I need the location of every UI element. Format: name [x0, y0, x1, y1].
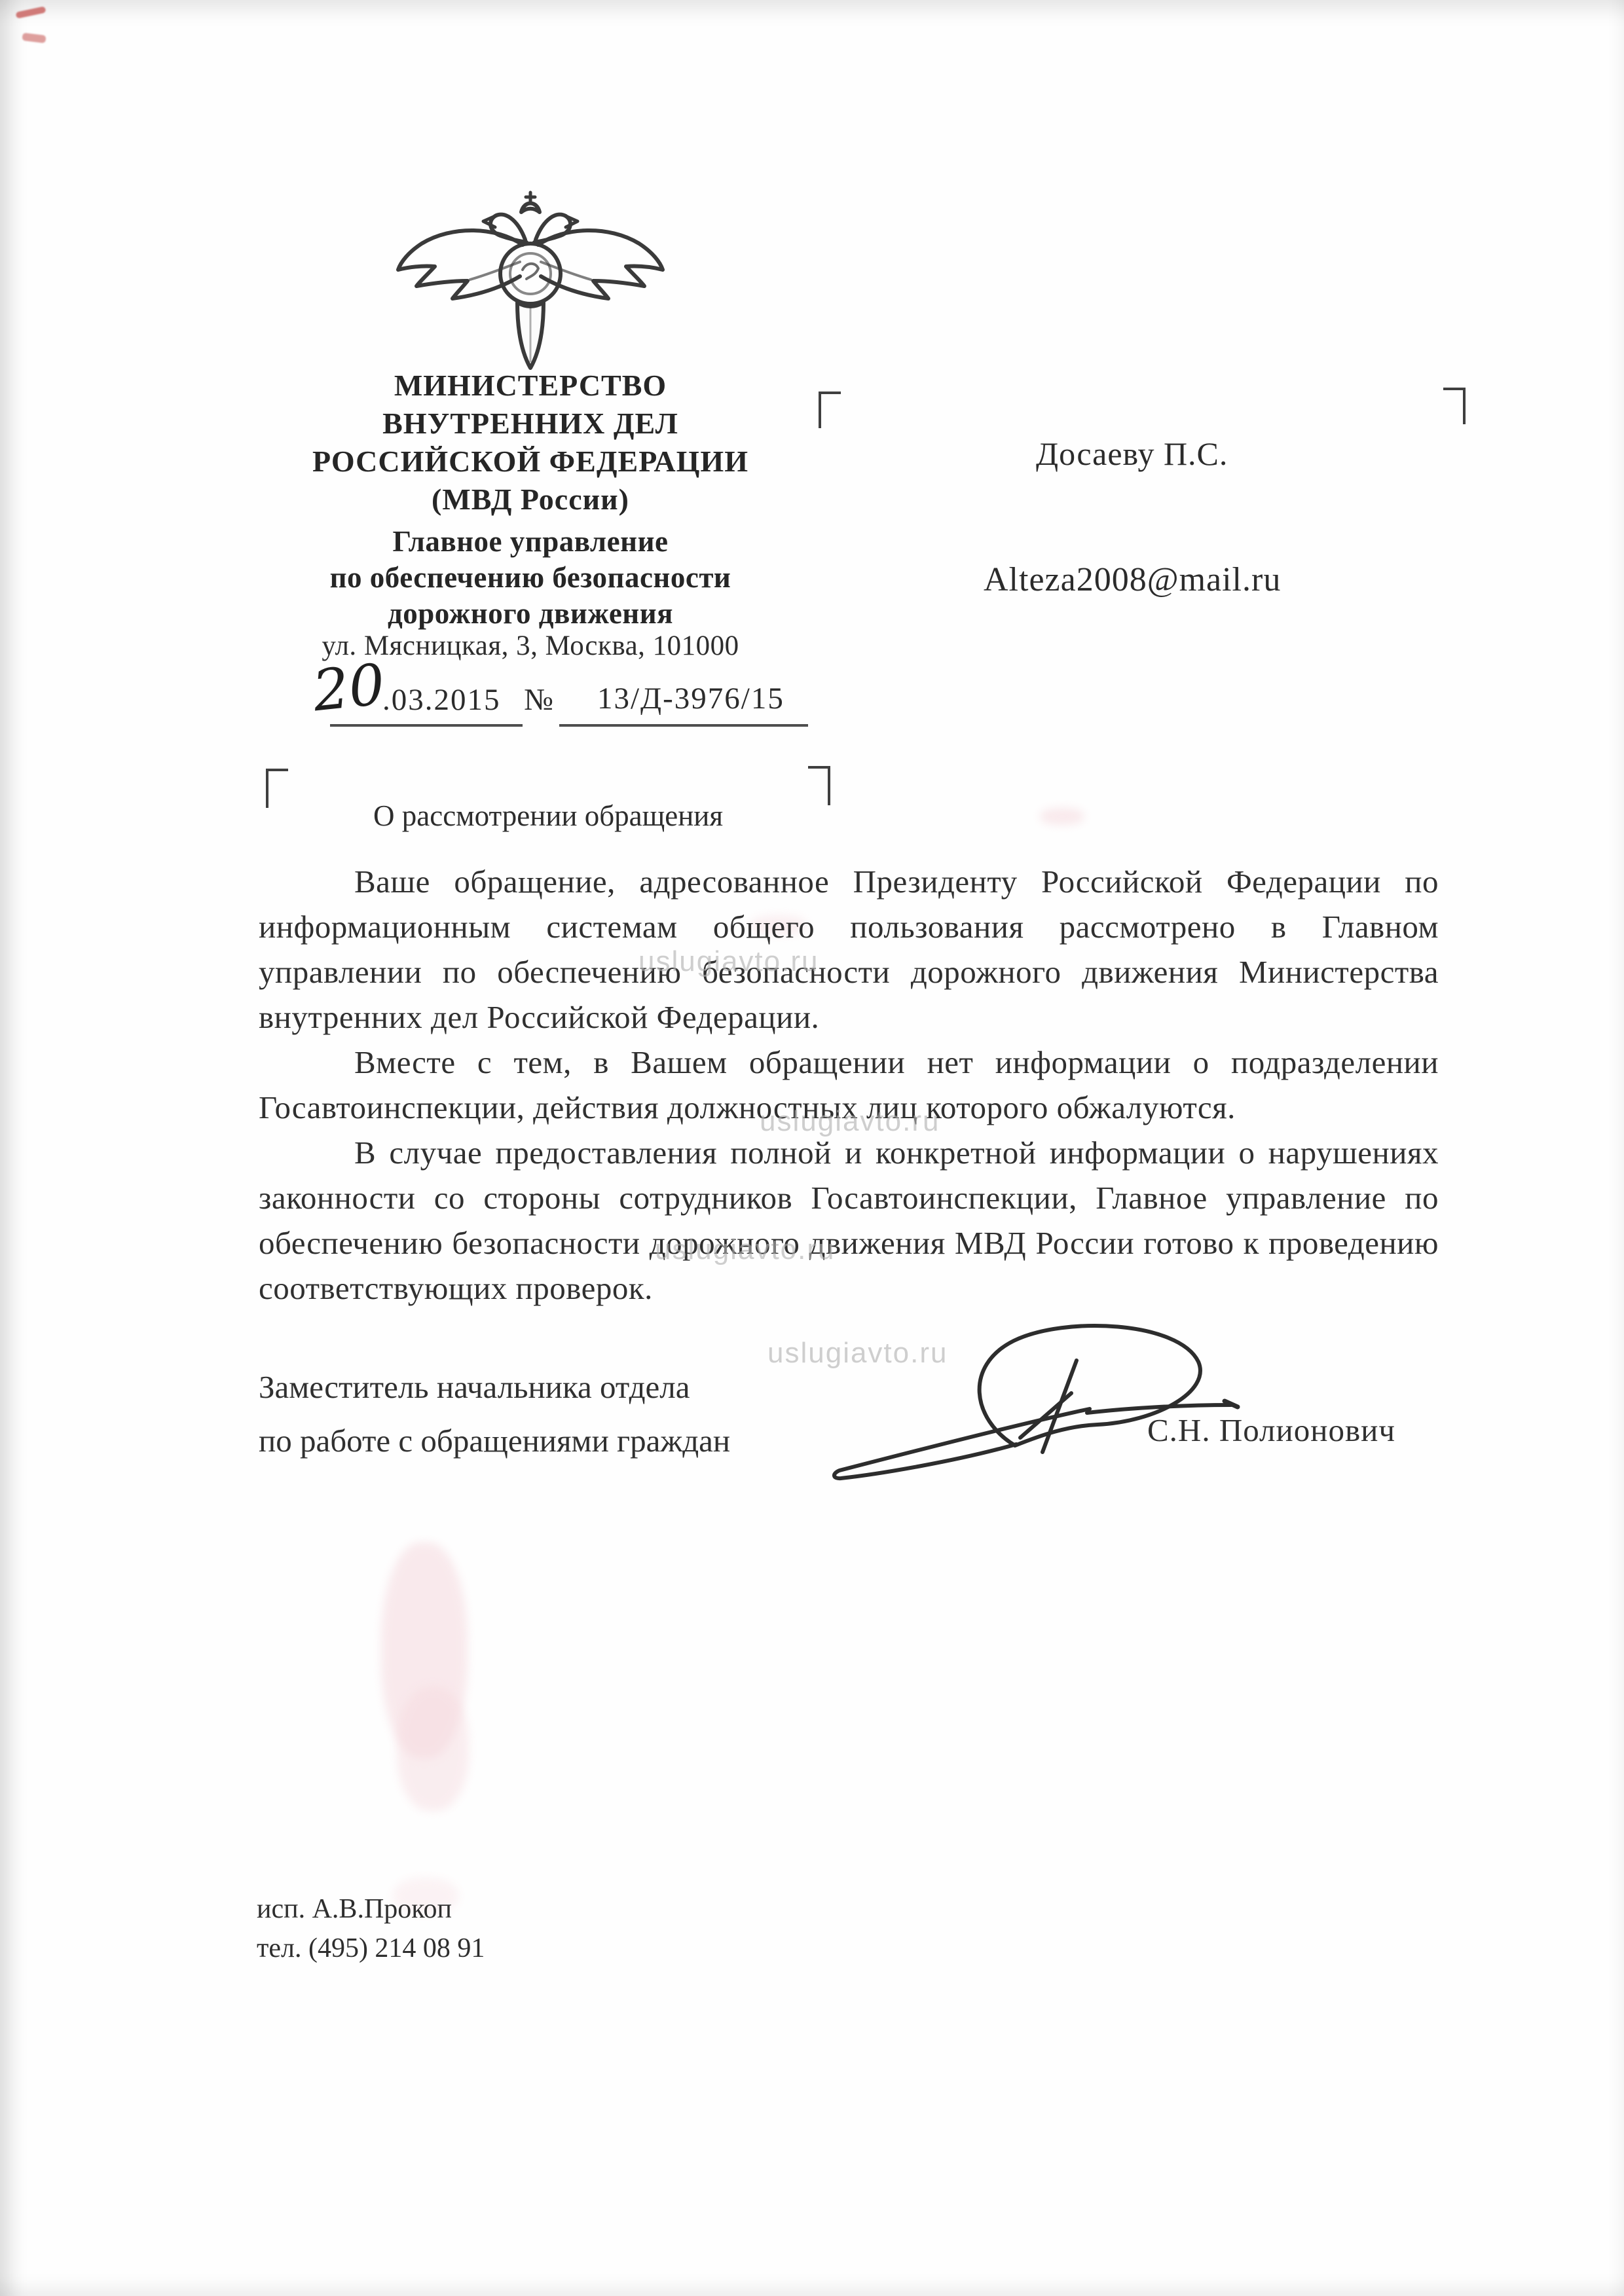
- department-name-block: Главное управление по обеспечению безопа…: [203, 524, 858, 632]
- ministry-line: РОССИЙСКОЙ ФЕДЕРАЦИИ: [203, 443, 858, 481]
- site-watermark: uslugiavto.ru: [638, 945, 819, 978]
- body-paragraph: Ваше обращение, адресованное Президенту …: [259, 859, 1439, 1040]
- addressee-name: Досаеву П.С.: [1036, 435, 1228, 473]
- pink-scan-smudge: [397, 1686, 469, 1811]
- body-paragraph: В случае предоставления полной и конкрет…: [259, 1130, 1439, 1311]
- ministry-line: МИНИСТЕРСТВО: [203, 367, 858, 405]
- pink-scan-smudge: [1040, 808, 1084, 825]
- ministry-name-block: МИНИСТЕРСТВО ВНУТРЕННИХ ДЕЛ РОССИЙСКОЙ Ф…: [203, 367, 858, 519]
- date-underline: [330, 724, 523, 727]
- site-watermark: uslugiavto.ru: [655, 1233, 835, 1266]
- reference-number: 13/Д-3976/15: [597, 681, 784, 716]
- organization-address: ул. Мясницкая, 3, Москва, 101000: [203, 630, 858, 662]
- signer-position-line: по работе с обращениями граждан: [259, 1422, 730, 1459]
- letter-subject: О рассмотрении обращения: [373, 799, 723, 833]
- handwritten-day: 20: [310, 657, 388, 720]
- signer-name: С.Н. Полионович: [1147, 1412, 1395, 1449]
- department-line: Главное управление: [203, 524, 858, 560]
- red-ink-artifact: [22, 33, 46, 43]
- ministry-line: (МВД России): [203, 481, 858, 519]
- reference-date: .03.2015: [382, 682, 501, 718]
- site-watermark: uslugiavto.ru: [760, 1105, 940, 1138]
- handwritten-signature: [812, 1309, 1244, 1486]
- mvd-double-headed-eagle-icon: [392, 189, 669, 385]
- department-line: по обеспечению безопасности: [203, 560, 858, 596]
- addressee-email: Alteza2008@mail.ru: [984, 560, 1281, 599]
- letter-body: Ваше обращение, адресованное Президенту …: [259, 859, 1439, 1311]
- ministry-line: ВНУТРЕННИХ ДЕЛ: [203, 405, 858, 443]
- red-ink-artifact: [15, 6, 46, 18]
- executor-name: исп. А.В.Прокоп: [257, 1893, 452, 1925]
- scanned-letter-page: МИНИСТЕРСТВО ВНУТРЕННИХ ДЕЛ РОССИЙСКОЙ Ф…: [0, 0, 1624, 2296]
- corner-mark-top-left: [819, 392, 841, 428]
- executor-phone: тел. (495) 214 08 91: [257, 1933, 485, 1964]
- number-sign: №: [524, 682, 553, 718]
- number-underline: [559, 724, 808, 727]
- corner-mark-subject-left: [266, 769, 288, 808]
- corner-mark-subject-right: [808, 766, 830, 805]
- corner-mark-top-right: [1443, 388, 1466, 424]
- department-line: дорожного движения: [203, 596, 858, 632]
- signer-position-line: Заместитель начальника отдела: [259, 1368, 690, 1406]
